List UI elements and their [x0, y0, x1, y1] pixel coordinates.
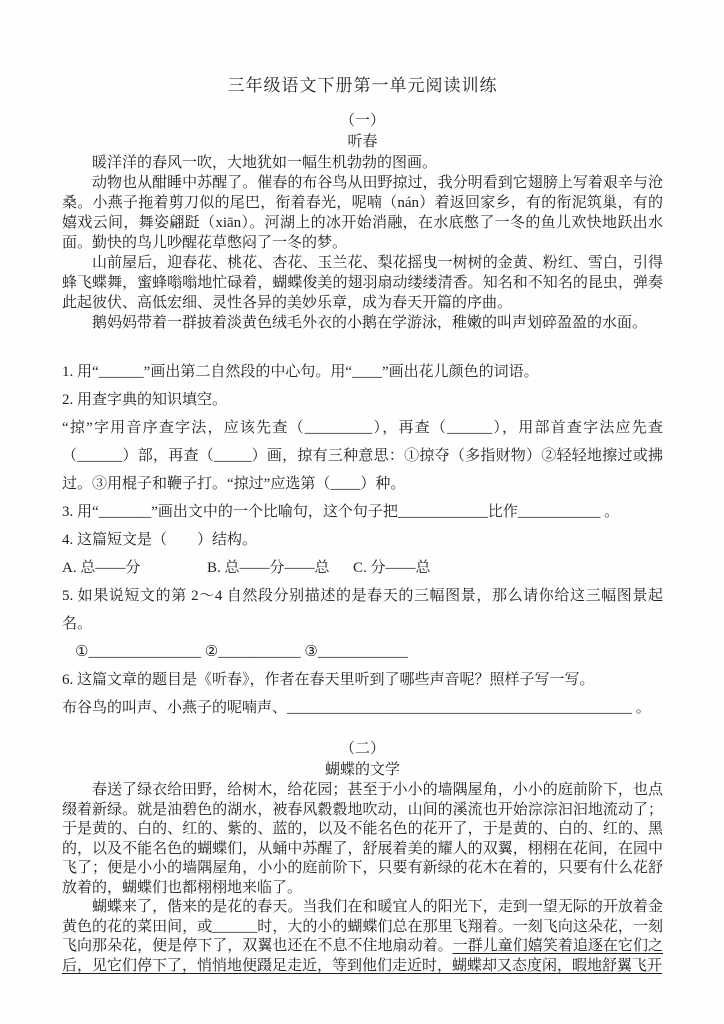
question-5-blanks: ①_______________ ②___________ ③_________… [62, 638, 663, 666]
question-5: 5. 如果说短文的第 2～4 自然段分别描述的是春天的三幅图景，那么请你给这三幅… [62, 582, 663, 638]
passage-paragraph: 春送了绿衣给田野，给树木，给花园；甚至于小小的墙隅屋角，小小的庭前阶下，也点缀着… [62, 781, 663, 898]
passage-paragraph: 动物也从酣睡中苏醒了。催春的布谷鸟从田野掠过，我分明看到它翅膀上写着艰辛与沧桑。… [62, 173, 663, 253]
question-4-options: A. 总——分B. 总——分——总C. 分——总 [62, 554, 663, 582]
question-4: 4. 这篇短文是（ ）结构。 [62, 526, 663, 554]
question-2-body: “掠”字用音序查字法，应该先查（_________），再查（______），用部… [62, 414, 663, 498]
section-two-title: 蝴蝶的文学 [62, 760, 663, 780]
section-one-title: 听春 [62, 132, 663, 152]
question-6: 6. 这篇文章的题目是《听春》，作者在春天里听到了哪些声音呢？照样子写一写。 [62, 666, 663, 694]
question-3: 3. 用“_______”画出文中的一个比喻句，这个句子把___________… [62, 498, 663, 526]
option-b: B. 总——分——总 [207, 554, 353, 582]
question-2-label: 2. 用查字典的知识填空。 [62, 386, 663, 414]
question-6-answer-line: 布谷鸟的叫声、小燕子的呢喃声、_________________________… [62, 694, 663, 722]
passage-paragraph: 暖洋洋的春风一吹，大地犹如一幅生机勃勃的图画。 [62, 153, 663, 173]
question-list: 1. 用“______”画出第二自然段的中心句。用“____”画出花儿颜色的词语… [62, 358, 663, 722]
passage-paragraph: 鹅妈妈带着一群披着淡黄色绒毛外衣的小鹅在学游泳，稚嫩的叫声划碎盈盈的水面。 [62, 313, 663, 333]
page-title: 三年级语文下册第一单元阅读训练 [62, 0, 663, 97]
section-one-number: （一） [62, 111, 663, 131]
passage-paragraph: 山前屋后，迎春花、桃花、杏花、玉兰花、梨花摇曳一树树的金黄、粉红、雪白，引得蜂飞… [62, 253, 663, 313]
option-c: C. 分——总 [353, 560, 431, 576]
passage-two: 春送了绿衣给田野，给树木，给花园；甚至于小小的墙隅屋角，小小的庭前阶下，也点缀着… [62, 781, 663, 976]
option-a: A. 总——分 [62, 554, 207, 582]
page-content: 三年级语文下册第一单元阅读训练 （一） 听春 暖洋洋的春风一吹，大地犹如一幅生机… [62, 0, 663, 976]
question-1: 1. 用“______”画出第二自然段的中心句。用“____”画出花儿颜色的词语… [62, 358, 663, 386]
passage-paragraph: 蝴蝶来了，偕来的是花的春天。当我们在和暖宜人的阳光下，走到一望无际的开放着金黄色… [62, 898, 663, 976]
section-two-number: （二） [62, 739, 663, 759]
worksheet-page: 三年级语文下册第一单元阅读训练 （一） 听春 暖洋洋的春风一吹，大地犹如一幅生机… [0, 0, 724, 1024]
passage-one: 暖洋洋的春风一吹，大地犹如一幅生机勃勃的图画。 动物也从酣睡中苏醒了。催春的布谷… [62, 153, 663, 333]
